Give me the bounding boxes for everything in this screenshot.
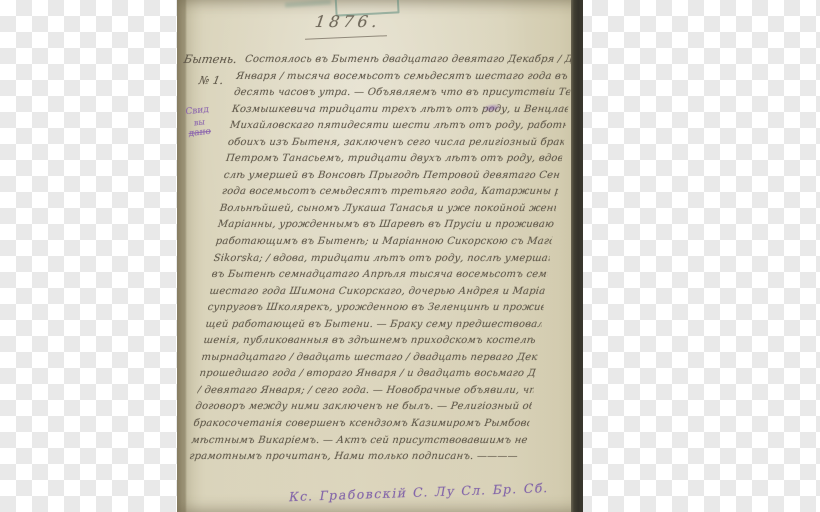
manuscript-line: грамотнымъ прочитанъ, Нами только подпис… bbox=[188, 449, 526, 466]
manuscript-line: прошедшаго года / втораго Января / и два… bbox=[198, 366, 536, 383]
book-binding-edge bbox=[571, 0, 583, 512]
manuscript-line: щей работающей въ Бытени. — Браку сему п… bbox=[204, 317, 542, 334]
manuscript-line: Sikorska; / вдова, тридцати лѣтъ отъ род… bbox=[213, 251, 551, 268]
manuscript-line: обоихъ изъ Бытеня, заключенъ сего числа … bbox=[227, 135, 565, 152]
margin-place-name: Бытень. bbox=[183, 52, 238, 66]
manuscript-body: Состоялось въ Бытенѣ двадцатаго девятаго… bbox=[188, 52, 575, 466]
manuscript-line: Петромъ Танасьемъ, тридцати двухъ лѣтъ о… bbox=[225, 151, 563, 168]
manuscript-line: договоръ между ними заключенъ не былъ. —… bbox=[194, 399, 532, 416]
manuscript-line: Состоялось въ Бытенѣ двадцатаго девятаго… bbox=[237, 52, 575, 69]
manuscript-line: въ Бытенѣ семнадцатаго Апрѣля тысяча вос… bbox=[211, 267, 549, 284]
transparency-checkerboard: 1876. Бытень. № 1. Свид вы дано Состояло… bbox=[0, 0, 820, 512]
manuscript-line: Вольнѣйшей, сыномъ Лукаша Танасья и уже … bbox=[219, 201, 557, 218]
manuscript-line: Михайловскаго пятидесяти шести лѣтъ отъ … bbox=[229, 118, 567, 135]
manuscript-line: / девятаго Января; / сего года. — Новобр… bbox=[196, 383, 534, 400]
manuscript-line: десять часовъ утра. — Объявляемъ что въ … bbox=[233, 85, 571, 102]
record-number: № 1. bbox=[198, 74, 225, 87]
manuscript-line: мѣстнымъ Викаріемъ. — Актъ сей присутств… bbox=[190, 433, 528, 450]
manuscript-line: Маріанны, урожденнымъ въ Шаревѣ въ Прусі… bbox=[217, 217, 555, 234]
manuscript-line: шенія, публикованныя въ здѣшнемъ приходс… bbox=[202, 333, 540, 350]
manuscript-line: супруговъ Школярекъ, урожденною въ Зелен… bbox=[206, 300, 544, 317]
manuscript-line: работающимъ въ Бытенѣ; и Маріанною Сикор… bbox=[215, 234, 553, 251]
manuscript-line: года восемьсотъ семьдесятъ третьяго года… bbox=[221, 184, 559, 201]
manuscript-line: Января / тысяча восемьсотъ семьдесятъ ше… bbox=[235, 69, 573, 86]
manuscript-line: слѣ умершей въ Вонсовѣ Прыгодѣ Петровой … bbox=[223, 168, 561, 185]
manuscript-line: Козмышкевича тридцати трехъ лѣтъ отъ род… bbox=[231, 102, 569, 119]
faded-stamp-mark bbox=[285, 0, 331, 8]
manuscript-line: тырнадцатаго / двадцать шестаго / двадца… bbox=[200, 350, 538, 367]
year-heading: 1876. bbox=[306, 12, 391, 31]
manuscript-line: шестаго года Шимона Сикорскаго, дочерью … bbox=[209, 284, 547, 301]
priest-signature: Кс. Грабовскій С. Лу Сл. Бр. Сб. bbox=[288, 479, 583, 504]
manuscript-page: 1876. Бытень. № 1. Свид вы дано Состояло… bbox=[177, 0, 583, 512]
purple-note-line: дано bbox=[188, 127, 211, 140]
manuscript-line: бракосочетанія совершенъ ксендзомъ Казим… bbox=[192, 416, 530, 433]
archival-purple-note: Свид вы дано bbox=[184, 104, 211, 140]
year-underline bbox=[305, 35, 387, 40]
